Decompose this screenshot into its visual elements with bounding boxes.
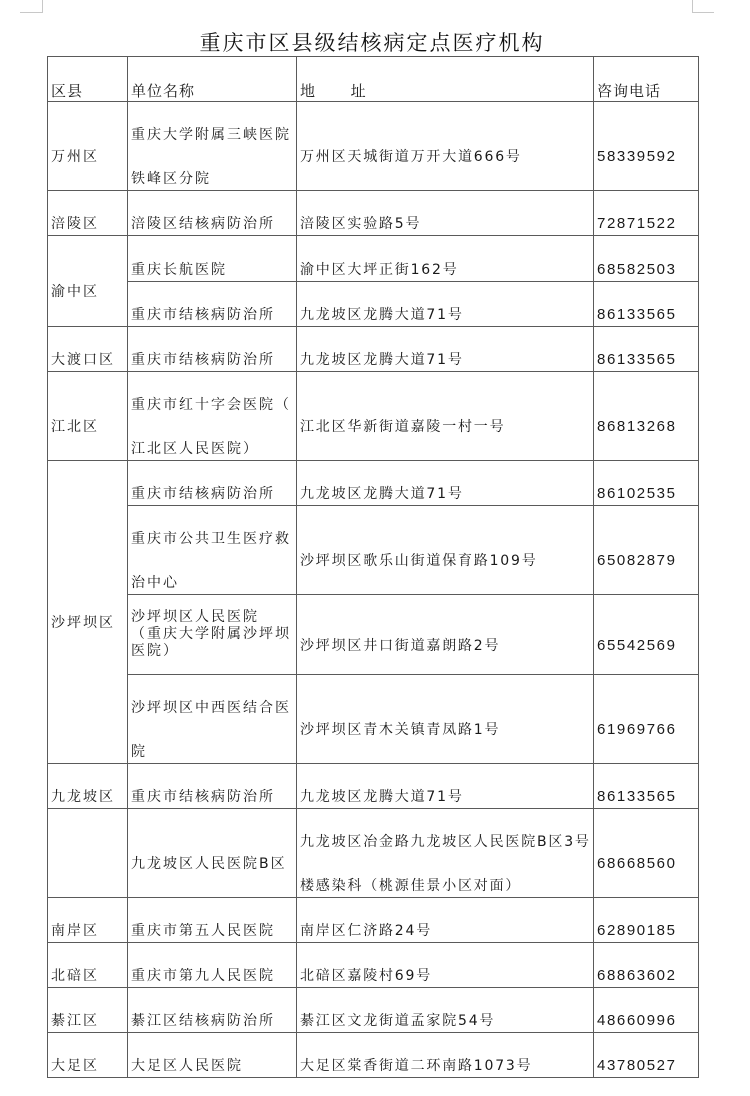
phone-cell: 48660996 <box>594 988 699 1033</box>
address-text: 北碚区嘉陵村69号 <box>300 943 593 987</box>
district-text: 涪陵区 <box>51 191 127 235</box>
phone-text: 65082879 <box>597 528 698 572</box>
phone-cell: 86813268 <box>594 372 699 461</box>
table-row: 沙坪坝区人民医院 （重庆大学附属沙坪坝 医院） 沙坪坝区井口街道嘉朗路2号 65… <box>48 595 699 675</box>
institution-text: 院 <box>131 719 296 763</box>
table-row: 重庆市公共卫生医疗救 治中心 沙坪坝区歌乐山街道保育路109号 65082879 <box>48 506 699 595</box>
table-header-row: 区县 单位名称 地 址 咨询电话 <box>48 57 699 102</box>
phone-text: 86133565 <box>597 764 698 808</box>
header-address-label: 地 址 <box>300 57 593 101</box>
phone-cell: 61969766 <box>594 675 699 764</box>
institution-text: 重庆市第九人民医院 <box>131 943 296 987</box>
institution-cell: 重庆市结核病防治所 <box>128 327 297 372</box>
institution-cell: 重庆长航医院 <box>128 236 297 282</box>
district-cell: 九龙坡区 <box>48 764 128 809</box>
institution-cell: 重庆市结核病防治所 <box>128 282 297 327</box>
institution-cell: 九龙坡区人民医院B区 <box>128 809 297 898</box>
address-cell: 北碚区嘉陵村69号 <box>297 943 594 988</box>
address-cell: 九龙坡区龙腾大道71号 <box>297 327 594 372</box>
phone-text: 86102535 <box>597 461 698 505</box>
phone-text: 58339592 <box>597 124 698 168</box>
phone-cell: 43780527 <box>594 1033 699 1078</box>
institution-text: 医院） <box>131 643 296 660</box>
district-cell: 大渡口区 <box>48 327 128 372</box>
institution-cell: 重庆市结核病防治所 <box>128 461 297 506</box>
district-cell: 渝中区 <box>48 236 128 327</box>
district-text: 南岸区 <box>51 898 127 942</box>
phone-cell: 65542569 <box>594 595 699 675</box>
address-text: 楼感染科（桃源佳景小区对面） <box>300 853 593 897</box>
address-cell: 沙坪坝区青木关镇青凤路1号 <box>297 675 594 764</box>
phone-text: 43780527 <box>597 1033 698 1077</box>
address-text: 綦江区文龙街道孟家院54号 <box>300 988 593 1032</box>
institution-cell: 重庆大学附属三峡医院 铁峰区分院 <box>128 102 297 191</box>
district-text: 綦江区 <box>51 988 127 1032</box>
table-row: 綦江区 綦江区结核病防治所 綦江区文龙街道孟家院54号 48660996 <box>48 988 699 1033</box>
table-row: 沙坪坝区中西医结合医 院 沙坪坝区青木关镇青凤路1号 61969766 <box>48 675 699 764</box>
phone-cell: 68668560 <box>594 809 699 898</box>
institution-text: 铁峰区分院 <box>131 146 296 190</box>
institution-text: 重庆市结核病防治所 <box>131 764 296 808</box>
address-text: 九龙坡区冶金路九龙坡区人民医院B区3号 <box>300 809 593 853</box>
phone-cell: 65082879 <box>594 506 699 595</box>
header-phone-label: 咨询电话 <box>597 57 698 101</box>
district-text <box>51 831 127 875</box>
address-cell: 九龙坡区冶金路九龙坡区人民医院B区3号 楼感染科（桃源佳景小区对面） <box>297 809 594 898</box>
district-text: 大渡口区 <box>51 327 127 371</box>
address-text: 九龙坡区龙腾大道71号 <box>300 764 593 808</box>
table-row: 南岸区 重庆市第五人民医院 南岸区仁济路24号 62890185 <box>48 898 699 943</box>
address-cell: 九龙坡区龙腾大道71号 <box>297 461 594 506</box>
institution-text: 重庆长航医院 <box>131 237 296 281</box>
phone-text: 65542569 <box>597 613 698 657</box>
institution-cell: 重庆市第五人民医院 <box>128 898 297 943</box>
district-text: 渝中区 <box>51 259 127 303</box>
address-cell: 大足区棠香街道二环南路1073号 <box>297 1033 594 1078</box>
address-text: 南岸区仁济路24号 <box>300 898 593 942</box>
crop-mark-top-left <box>20 0 43 13</box>
header-phone: 咨询电话 <box>594 57 699 102</box>
institution-cell: 大足区人民医院 <box>128 1033 297 1078</box>
header-name-label: 单位名称 <box>131 57 296 101</box>
address-text: 涪陵区实验路5号 <box>300 191 593 235</box>
address-cell: 南岸区仁济路24号 <box>297 898 594 943</box>
institution-text: 重庆市红十字会医院（ <box>131 372 296 416</box>
header-district: 区县 <box>48 57 128 102</box>
institution-text: 九龙坡区人民医院B区 <box>131 831 296 875</box>
address-cell: 涪陵区实验路5号 <box>297 191 594 236</box>
institution-text: 重庆市结核病防治所 <box>131 461 296 505</box>
phone-text: 62890185 <box>597 898 698 942</box>
phone-cell: 72871522 <box>594 191 699 236</box>
phone-cell: 62890185 <box>594 898 699 943</box>
table-row: 九龙坡区人民医院B区 九龙坡区冶金路九龙坡区人民医院B区3号 楼感染科（桃源佳景… <box>48 809 699 898</box>
phone-cell: 86133565 <box>594 282 699 327</box>
phone-cell: 86133565 <box>594 327 699 372</box>
phone-cell: 86133565 <box>594 764 699 809</box>
institution-text: 重庆大学附属三峡医院 <box>131 102 296 146</box>
institution-cell: 沙坪坝区人民医院 （重庆大学附属沙坪坝 医院） <box>128 595 297 675</box>
phone-cell: 58339592 <box>594 102 699 191</box>
address-cell: 渝中区大坪正街162号 <box>297 236 594 282</box>
district-cell: 沙坪坝区 <box>48 461 128 764</box>
district-text: 沙坪坝区 <box>51 590 127 634</box>
table-row: 江北区 重庆市红十字会医院（ 江北区人民医院） 江北区华新街道嘉陵一村一号 86… <box>48 372 699 461</box>
table-row: 北碚区 重庆市第九人民医院 北碚区嘉陵村69号 68863602 <box>48 943 699 988</box>
address-cell: 万州区天城街道万开大道666号 <box>297 102 594 191</box>
address-text: 九龙坡区龙腾大道71号 <box>300 461 593 505</box>
phone-text: 68863602 <box>597 943 698 987</box>
district-cell <box>48 809 128 898</box>
address-text: 江北区华新街道嘉陵一村一号 <box>300 394 593 438</box>
table-row: 沙坪坝区 重庆市结核病防治所 九龙坡区龙腾大道71号 86102535 <box>48 461 699 506</box>
address-text: 九龙坡区龙腾大道71号 <box>300 327 593 371</box>
institution-text: 綦江区结核病防治所 <box>131 988 296 1032</box>
address-text: 渝中区大坪正街162号 <box>300 237 593 281</box>
phone-text: 72871522 <box>597 191 698 235</box>
institution-cell: 綦江区结核病防治所 <box>128 988 297 1033</box>
district-text: 江北区 <box>51 394 127 438</box>
district-cell: 北碚区 <box>48 943 128 988</box>
institution-text: （重庆大学附属沙坪坝 <box>131 626 296 643</box>
district-cell: 江北区 <box>48 372 128 461</box>
district-text: 万州区 <box>51 124 127 168</box>
address-text: 大足区棠香街道二环南路1073号 <box>300 1033 593 1077</box>
institution-text: 沙坪坝区中西医结合医 <box>131 675 296 719</box>
institution-text: 重庆市结核病防治所 <box>131 282 296 326</box>
institution-text: 治中心 <box>131 550 296 594</box>
phone-cell: 68863602 <box>594 943 699 988</box>
table-row: 大足区 大足区人民医院 大足区棠香街道二环南路1073号 43780527 <box>48 1033 699 1078</box>
district-cell: 涪陵区 <box>48 191 128 236</box>
document-title: 重庆市区县级结核病定点医疗机构 <box>0 30 744 56</box>
address-text: 沙坪坝区井口街道嘉朗路2号 <box>300 613 593 657</box>
phone-text: 86133565 <box>597 327 698 371</box>
header-name: 单位名称 <box>128 57 297 102</box>
table-row: 涪陵区 涪陵区结核病防治所 涪陵区实验路5号 72871522 <box>48 191 699 236</box>
phone-cell: 86102535 <box>594 461 699 506</box>
address-cell: 江北区华新街道嘉陵一村一号 <box>297 372 594 461</box>
address-text: 万州区天城街道万开大道666号 <box>300 124 593 168</box>
facility-table: 区县 单位名称 地 址 咨询电话 万州区 重庆大学附属三峡医院 铁峰区分院 万州… <box>47 56 699 1078</box>
institution-text: 涪陵区结核病防治所 <box>131 191 296 235</box>
table-row: 大渡口区 重庆市结核病防治所 九龙坡区龙腾大道71号 86133565 <box>48 327 699 372</box>
address-text: 九龙坡区龙腾大道71号 <box>300 282 593 326</box>
district-cell: 南岸区 <box>48 898 128 943</box>
institution-cell: 重庆市公共卫生医疗救 治中心 <box>128 506 297 595</box>
phone-text: 68668560 <box>597 831 698 875</box>
institution-text: 重庆市公共卫生医疗救 <box>131 506 296 550</box>
institution-text: 江北区人民医院） <box>131 416 296 460</box>
table-row: 渝中区 重庆长航医院 渝中区大坪正街162号 68582503 <box>48 236 699 282</box>
address-cell: 沙坪坝区歌乐山街道保育路109号 <box>297 506 594 595</box>
table-row: 重庆市结核病防治所 九龙坡区龙腾大道71号 86133565 <box>48 282 699 327</box>
district-cell: 綦江区 <box>48 988 128 1033</box>
phone-cell: 68582503 <box>594 236 699 282</box>
header-district-label: 区县 <box>51 57 127 101</box>
table-row: 九龙坡区 重庆市结核病防治所 九龙坡区龙腾大道71号 86133565 <box>48 764 699 809</box>
district-text: 大足区 <box>51 1033 127 1077</box>
address-cell: 九龙坡区龙腾大道71号 <box>297 764 594 809</box>
crop-mark-top-right <box>692 0 714 13</box>
institution-text: 大足区人民医院 <box>131 1033 296 1077</box>
phone-text: 86813268 <box>597 394 698 438</box>
institution-cell: 重庆市第九人民医院 <box>128 943 297 988</box>
address-text: 沙坪坝区青木关镇青凤路1号 <box>300 697 593 741</box>
institution-cell: 重庆市红十字会医院（ 江北区人民医院） <box>128 372 297 461</box>
institution-text: 沙坪坝区人民医院 <box>131 609 296 626</box>
address-cell: 九龙坡区龙腾大道71号 <box>297 282 594 327</box>
district-text: 九龙坡区 <box>51 764 127 808</box>
district-text: 北碚区 <box>51 943 127 987</box>
header-address: 地 址 <box>297 57 594 102</box>
phone-text: 61969766 <box>597 697 698 741</box>
district-cell: 大足区 <box>48 1033 128 1078</box>
phone-text: 68582503 <box>597 237 698 281</box>
institution-cell: 涪陵区结核病防治所 <box>128 191 297 236</box>
phone-text: 48660996 <box>597 988 698 1032</box>
phone-text: 86133565 <box>597 282 698 326</box>
institution-cell: 重庆市结核病防治所 <box>128 764 297 809</box>
address-cell: 綦江区文龙街道孟家院54号 <box>297 988 594 1033</box>
institution-text: 重庆市结核病防治所 <box>131 327 296 371</box>
address-text: 沙坪坝区歌乐山街道保育路109号 <box>300 528 593 572</box>
address-cell: 沙坪坝区井口街道嘉朗路2号 <box>297 595 594 675</box>
district-cell: 万州区 <box>48 102 128 191</box>
institution-text: 重庆市第五人民医院 <box>131 898 296 942</box>
table-row: 万州区 重庆大学附属三峡医院 铁峰区分院 万州区天城街道万开大道666号 583… <box>48 102 699 191</box>
institution-cell: 沙坪坝区中西医结合医 院 <box>128 675 297 764</box>
